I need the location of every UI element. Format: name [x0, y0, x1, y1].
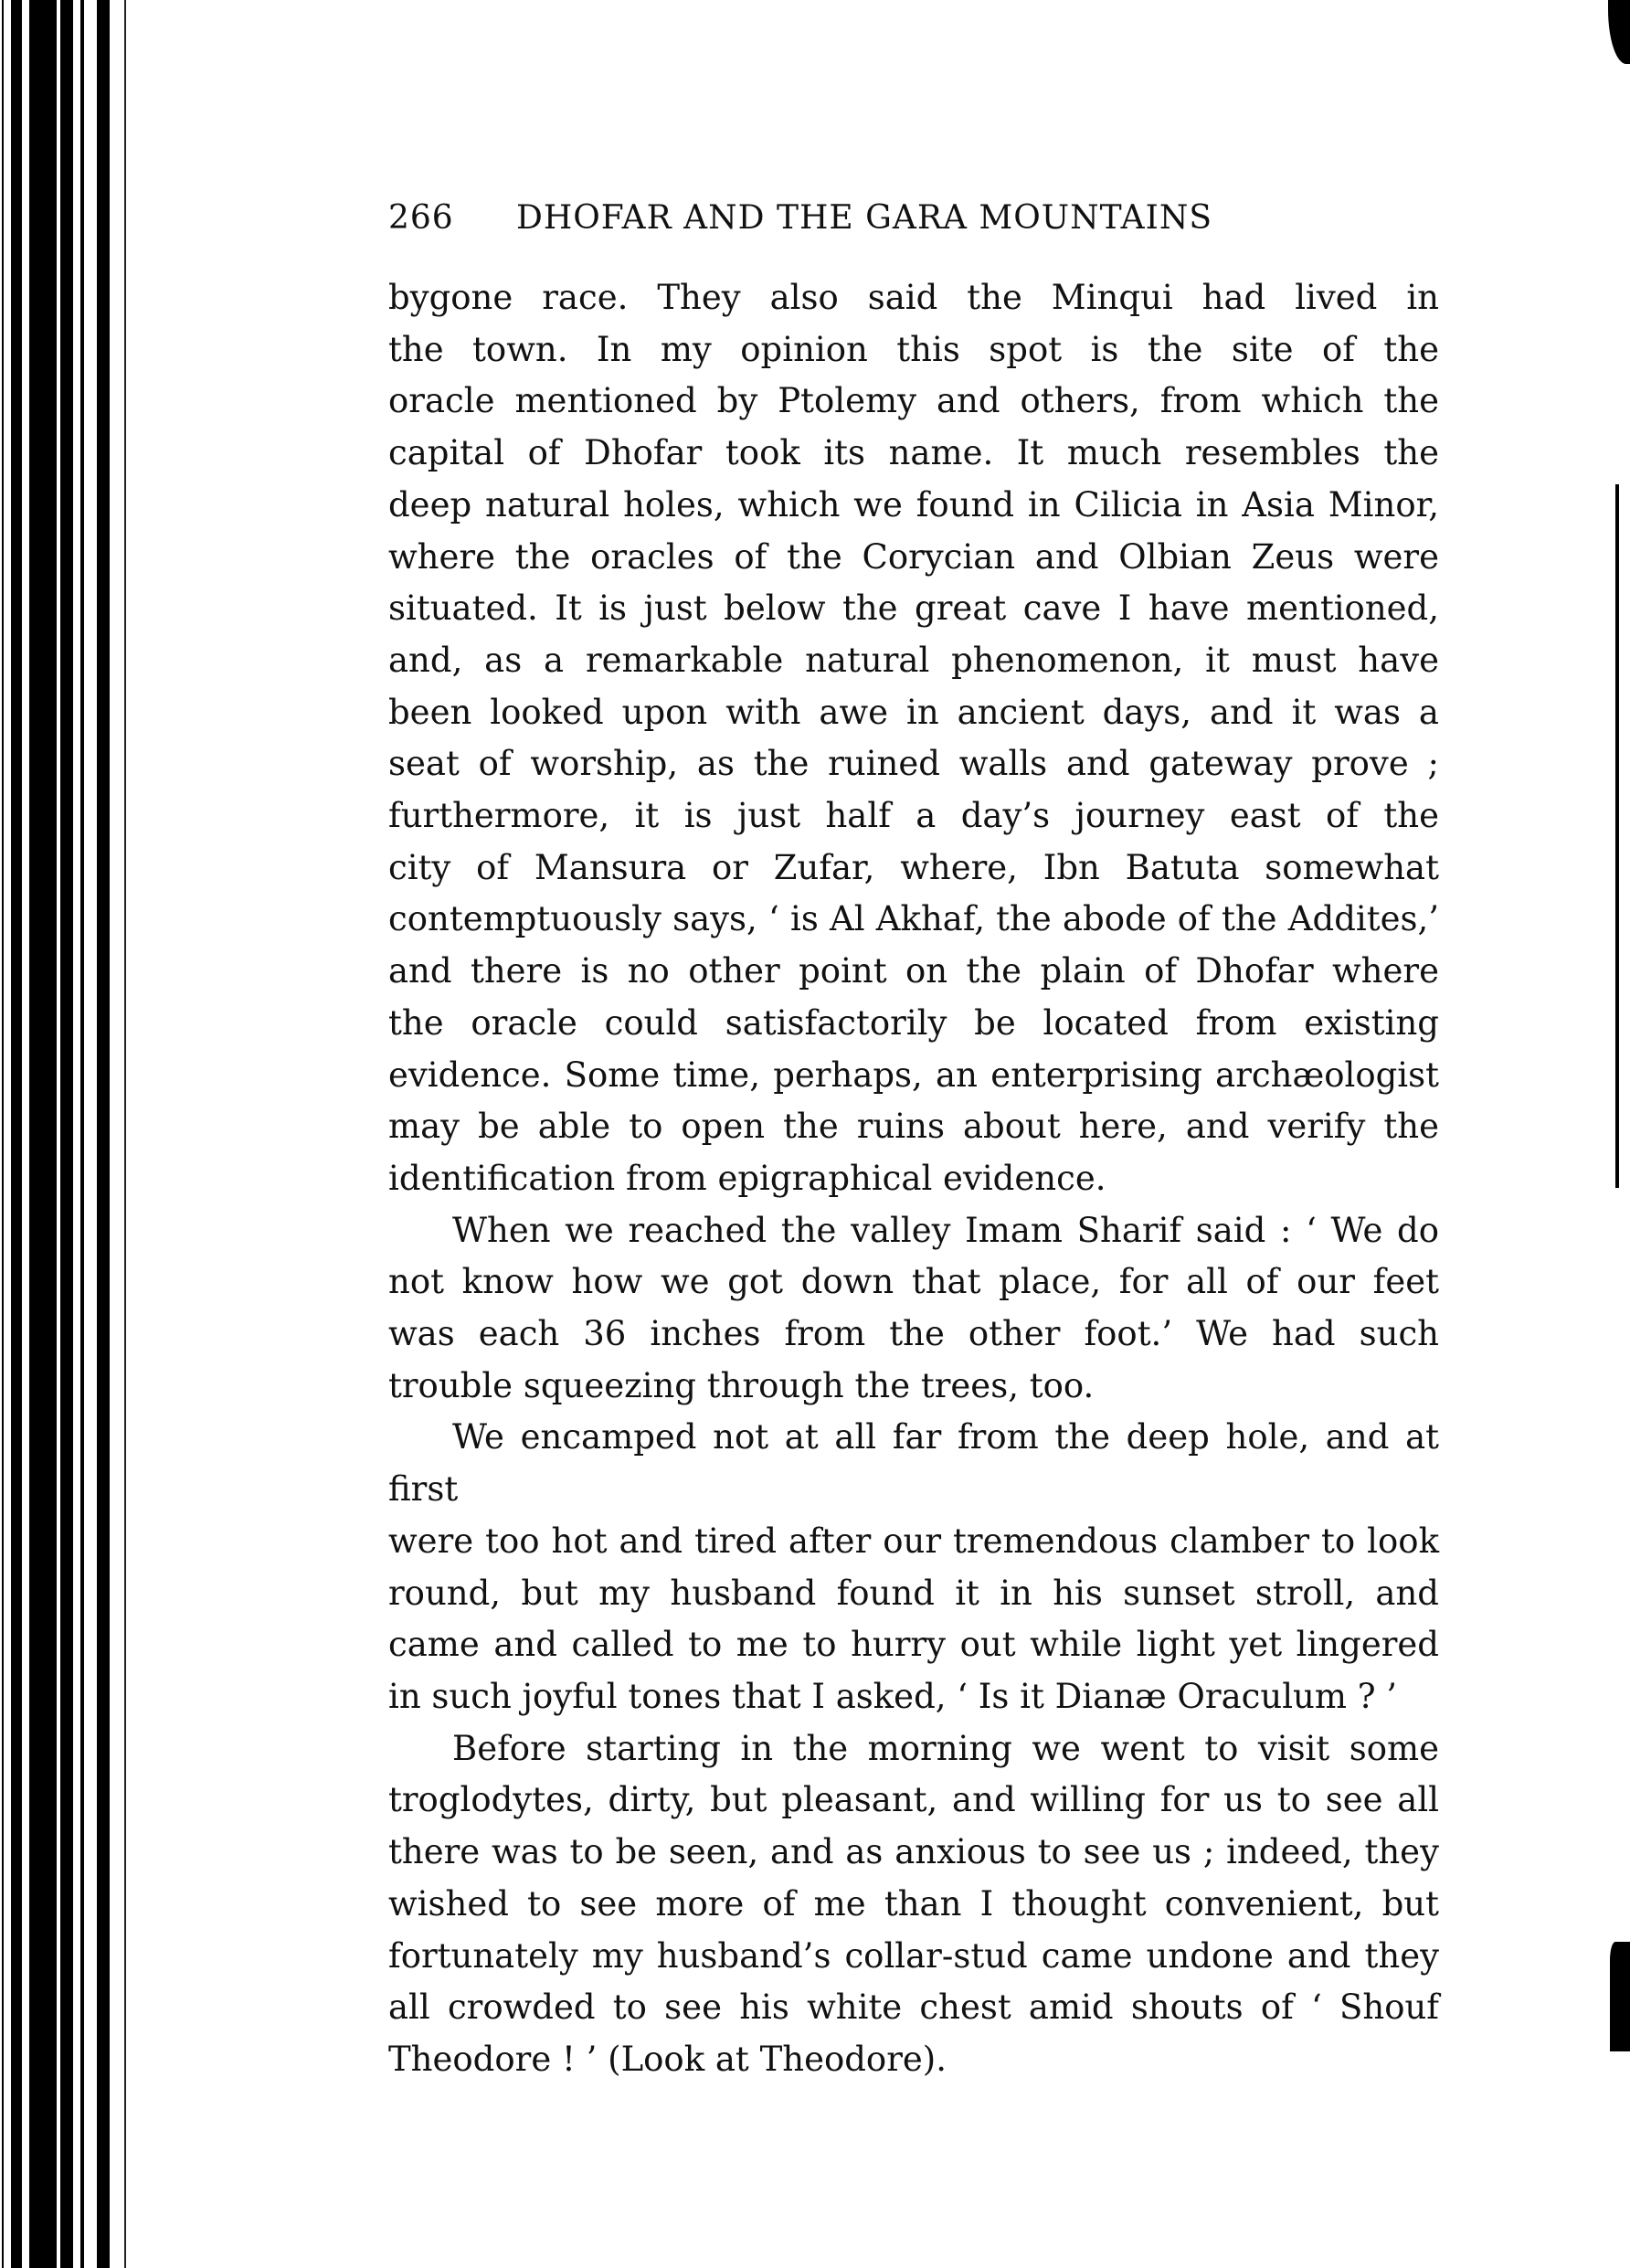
text-line: city of Mansura or Zufar, where, Ibn Bat…	[388, 843, 1439, 895]
text-line: When we reached the valley Imam Sharif s…	[388, 1205, 1439, 1257]
text-line: identification from epigraphical evidenc…	[388, 1153, 1439, 1205]
text-line: may be able to open the ruins about here…	[388, 1101, 1439, 1153]
book-binding-edge	[0, 0, 137, 2268]
text-line: seat of worship, as the ruined walls and…	[388, 738, 1439, 790]
text-line: all crowded to see his white chest amid …	[388, 1982, 1439, 2034]
text-line: came and called to me to hurry out while…	[388, 1619, 1439, 1671]
text-line: not know how we got down that place, for…	[388, 1256, 1439, 1309]
text-line: fortunately my husband’s collar-stud cam…	[388, 1931, 1439, 1983]
text-line: been looked upon with awe in ancient day…	[388, 687, 1439, 739]
text-line: in such joyful tones that I asked, ‘ Is …	[388, 1671, 1439, 1723]
text-line: oracle mentioned by Ptolemy and others, …	[388, 376, 1439, 428]
text-line: bygone race. They also said the Minqui h…	[388, 272, 1439, 324]
text-line: round, but my husband found it in his su…	[388, 1568, 1439, 1620]
text-line: the oracle could satisfactorily be locat…	[388, 998, 1439, 1050]
text-line: troglodytes, dirty, but pleasant, and wi…	[388, 1775, 1439, 1827]
text-line: and, as a remarkable natural phenomenon,…	[388, 635, 1439, 687]
text-line: wished to see more of me than I thought …	[388, 1879, 1439, 1931]
text-line: trouble squeezing through the trees, too…	[388, 1361, 1439, 1413]
text-line: deep natural holes, which we found in Ci…	[388, 480, 1439, 532]
text-line: the town. In my opinion this spot is the…	[388, 324, 1439, 376]
scan-edge-mark-top	[1608, 0, 1630, 64]
text-line: We encamped not at all far from the deep…	[388, 1412, 1439, 1515]
running-title: DHOFAR AND THE GARA MOUNTAINS	[516, 199, 1212, 237]
text-line: where the oracles of the Corycian and Ol…	[388, 532, 1439, 584]
text-line: situated. It is just below the great cav…	[388, 583, 1439, 635]
book-page: 266 DHOFAR AND THE GARA MOUNTAINS bygone…	[388, 199, 1439, 2086]
text-line: there was to be seen, and as anxious to …	[388, 1827, 1439, 1879]
text-line: and there is no other point on the plain…	[388, 946, 1439, 998]
text-line: capital of Dhofar took its name. It much…	[388, 428, 1439, 480]
text-line: Before starting in the morning we went t…	[388, 1723, 1439, 1775]
text-line: was each 36 inches from the other foot.’…	[388, 1309, 1439, 1361]
scan-edge-line	[1615, 484, 1619, 1188]
running-head: 266 DHOFAR AND THE GARA MOUNTAINS	[388, 199, 1439, 254]
text-line: furthermore, it is just half a day’s jou…	[388, 790, 1439, 843]
text-line: evidence. Some time, perhaps, an enterpr…	[388, 1050, 1439, 1102]
text-line: were too hot and tired after our tremend…	[388, 1516, 1439, 1568]
text-line: Theodore ! ’ (Look at Theodore).	[388, 2034, 1439, 2086]
text-line: contemptuously says, ‘ is Al Akhaf, the …	[388, 894, 1439, 946]
scan-edge-mark-bottom	[1610, 1942, 1630, 2051]
page-body: bygone race. They also said the Minqui h…	[388, 272, 1439, 2086]
page-number: 266	[388, 199, 516, 237]
